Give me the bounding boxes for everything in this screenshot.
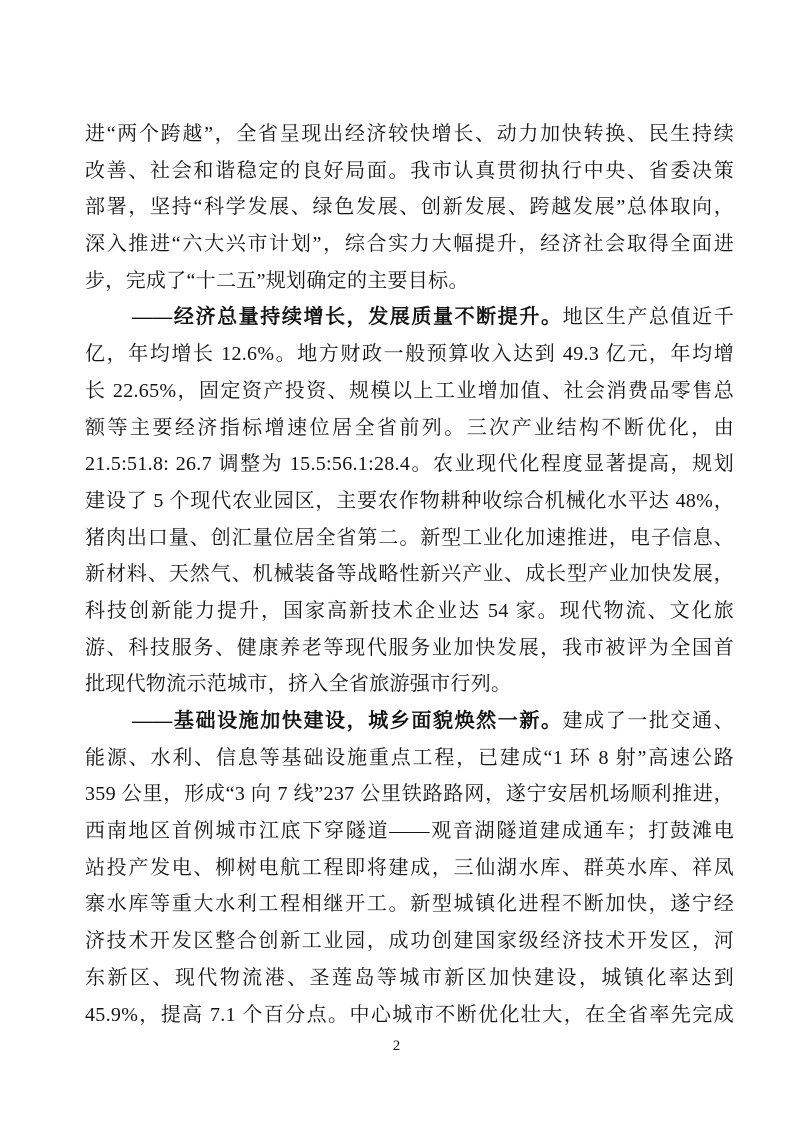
text-run: 能源、水利、信息等基础设施重点工程，已建成“1 环 8 射”高速公路	[85, 747, 734, 769]
text-line: 45.9%，提高 7.1 个百分点。中心城市不断优化壮大，在全省率先完成	[85, 997, 734, 1034]
text-line: 建设了 5 个现代农业园区，主要农作物耕种收综合机械化水平达 48%，	[85, 483, 734, 520]
text-run: 新材料、天然气、机械装备等战略性新兴产业、成长型产业加快发展，	[85, 563, 734, 585]
text-run: 济技术开发区整合创新工业园，成功创建国家级经济技术开发区，河	[85, 930, 734, 952]
text-run: 寨水库等重大水利工程相继开工。新型城镇化进程不断加快，遂宁经	[85, 893, 734, 915]
text-line: 21.5:51.8: 26.7 调整为 15.5:56.1:28.4。农业现代化…	[85, 446, 734, 483]
text-line: 站投产发电、柳树电航工程即将建成，三仙湖水库、群英水库、祥凤	[85, 850, 734, 887]
text-run: 批现代物流示范城市，挤入全省旅游强市行列。	[85, 673, 511, 695]
text-line: 游、科技服务、健康养老等现代服务业加快发展，我市被评为全国首	[85, 630, 734, 667]
text-line: ——经济总量持续增长，发展质量不断提升。地区生产总值近千	[85, 299, 734, 336]
bold-text-run: ——经济总量持续增长，发展质量不断提升。	[132, 306, 563, 328]
text-line: 寨水库等重大水利工程相继开工。新型城镇化进程不断加快，遂宁经	[85, 886, 734, 923]
text-run: 额等主要经济指标增速位居全省前列。三次产业结构不断优化，由	[85, 417, 734, 439]
text-line: 359 公里，形成“3 向 7 线”237 公里铁路路网，遂宁安居机场顺利推进，	[85, 776, 734, 813]
text-run: 科技创新能力提升，国家高新技术企业达 54 家。现代物流、文化旅	[85, 600, 734, 622]
page-number: 2	[0, 1036, 793, 1056]
text-run: 猪肉出口量、创汇量位居全省第二。新型工业化加速推进，电子信息、	[85, 527, 734, 549]
paragraph-p1: 进“两个跨越”，全省呈现出经济较快增长、动力加快转换、民生持续改善、社会和谐稳定…	[85, 116, 734, 299]
text-line: 步，完成了“十二五”规划确定的主要目标。	[85, 263, 734, 300]
text-line: 亿，年均增长 12.6%。地方财政一般预算收入达到 49.3 亿元，年均增	[85, 336, 734, 373]
document-page: 进“两个跨越”，全省呈现出经济较快增长、动力加快转换、民生持续改善、社会和谐稳定…	[0, 0, 793, 1122]
text-run: 西南地区首例城市江底下穿隧道——观音湖隧道建成通车；打鼓滩电	[85, 820, 734, 842]
text-run: 步，完成了“十二五”规划确定的主要目标。	[85, 270, 469, 292]
text-run: 进“两个跨越”，全省呈现出经济较快增长、动力加快转换、民生持续	[85, 123, 734, 145]
text-run: 建设了 5 个现代农业园区，主要农作物耕种收综合机械化水平达 48%，	[85, 490, 734, 512]
text-run: 21.5:51.8: 26.7 调整为 15.5:56.1:28.4。农业现代化…	[85, 453, 734, 475]
text-run: 站投产发电、柳树电航工程即将建成，三仙湖水库、群英水库、祥凤	[85, 857, 734, 879]
text-line: 部署，坚持“科学发展、绿色发展、创新发展、跨越发展”总体取向，	[85, 189, 734, 226]
text-run: 东新区、现代物流港、圣莲岛等城市新区加快建设，城镇化率达到	[85, 967, 734, 989]
text-run: 改善、社会和谐稳定的良好局面。我市认真贯彻执行中央、省委决策	[85, 160, 734, 182]
text-line: 改善、社会和谐稳定的良好局面。我市认真贯彻执行中央、省委决策	[85, 153, 734, 190]
text-run: 地区生产总值近千	[563, 306, 734, 328]
text-line: 长 22.65%，固定资产投资、规模以上工业增加值、社会消费品零售总	[85, 373, 734, 410]
text-run: 部署，坚持“科学发展、绿色发展、创新发展、跨越发展”总体取向，	[85, 196, 734, 218]
bold-text-run: ——基础设施加快建设，城乡面貌焕然一新。	[132, 710, 563, 732]
paragraph-p2: ——经济总量持续增长，发展质量不断提升。地区生产总值近千亿，年均增长 12.6%…	[85, 299, 734, 703]
text-run: 深入推进“六大兴市计划”，综合实力大幅提升，经济社会取得全面进	[85, 233, 734, 255]
text-run: 游、科技服务、健康养老等现代服务业加快发展，我市被评为全国首	[85, 637, 734, 659]
document-body: 进“两个跨越”，全省呈现出经济较快增长、动力加快转换、民生持续改善、社会和谐稳定…	[85, 116, 734, 1033]
text-run: 45.9%，提高 7.1 个百分点。中心城市不断优化壮大，在全省率先完成	[85, 1004, 734, 1026]
paragraph-p3: ——基础设施加快建设，城乡面貌焕然一新。建成了一批交通、能源、水利、信息等基础设…	[85, 703, 734, 1033]
text-line: 济技术开发区整合创新工业园，成功创建国家级经济技术开发区，河	[85, 923, 734, 960]
text-line: 科技创新能力提升，国家高新技术企业达 54 家。现代物流、文化旅	[85, 593, 734, 630]
text-line: ——基础设施加快建设，城乡面貌焕然一新。建成了一批交通、	[85, 703, 734, 740]
text-line: 进“两个跨越”，全省呈现出经济较快增长、动力加快转换、民生持续	[85, 116, 734, 153]
text-line: 猪肉出口量、创汇量位居全省第二。新型工业化加速推进，电子信息、	[85, 520, 734, 557]
text-run: 359 公里，形成“3 向 7 线”237 公里铁路路网，遂宁安居机场顺利推进，	[85, 783, 734, 805]
text-run: 亿，年均增长 12.6%。地方财政一般预算收入达到 49.3 亿元，年均增	[85, 343, 734, 365]
text-line: 新材料、天然气、机械装备等战略性新兴产业、成长型产业加快发展，	[85, 556, 734, 593]
text-line: 额等主要经济指标增速位居全省前列。三次产业结构不断优化，由	[85, 410, 734, 447]
text-line: 东新区、现代物流港、圣莲岛等城市新区加快建设，城镇化率达到	[85, 960, 734, 997]
text-run: 长 22.65%，固定资产投资、规模以上工业增加值、社会消费品零售总	[85, 380, 734, 402]
text-line: 批现代物流示范城市，挤入全省旅游强市行列。	[85, 666, 734, 703]
text-run: 建成了一批交通、	[563, 710, 734, 732]
text-line: 深入推进“六大兴市计划”，综合实力大幅提升，经济社会取得全面进	[85, 226, 734, 263]
text-line: 能源、水利、信息等基础设施重点工程，已建成“1 环 8 射”高速公路	[85, 740, 734, 777]
text-line: 西南地区首例城市江底下穿隧道——观音湖隧道建成通车；打鼓滩电	[85, 813, 734, 850]
